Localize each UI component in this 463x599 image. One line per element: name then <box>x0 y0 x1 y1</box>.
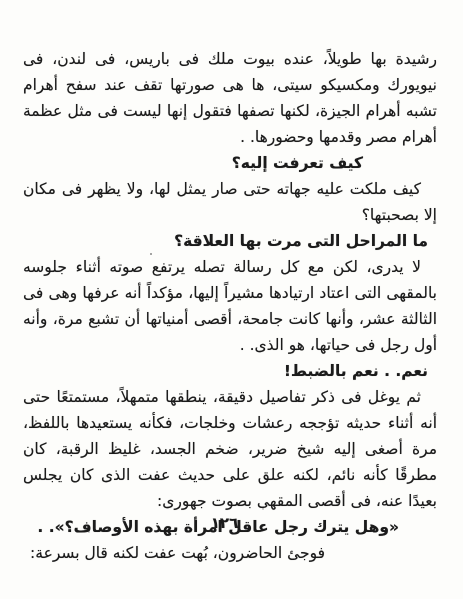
paragraph-narrative: ثم يوغل فى ذكر تفاصيل دقيقة، ينطقها متمه… <box>23 384 437 514</box>
paragraph-question-continued: كيف ملكت عليه جهاته حتى صار يمثل لها، ول… <box>23 176 437 228</box>
paragraph-opening: رشيدة بها طويلاً، عنده بيوت ملك فى باريس… <box>23 46 437 150</box>
scan-speck <box>150 253 152 255</box>
scan-speck <box>88 531 90 533</box>
scan-speck <box>262 507 264 510</box>
page-number: ١٢٦ <box>0 514 449 532</box>
book-page: رشيدة بها طويلاً، عنده بيوت ملك فى باريس… <box>0 0 463 599</box>
page-text-block: رشيدة بها طويلاً، عنده بيوت ملك فى باريس… <box>23 46 437 566</box>
paragraph-answer: لا يدرى، لكن مع كل رسالة تصله يرتفع صوته… <box>23 254 437 358</box>
scan-speck <box>113 190 115 192</box>
paragraph-closing: فوجئ الحاضرون، بُهت عفت لكنه قال بسرعة: <box>23 540 325 566</box>
interview-question-1: كيف تعرفت إليه؟ <box>23 150 363 176</box>
exclamation-line: نعم. . نعم بالضبط! <box>23 358 428 384</box>
interview-question-2: ما المراحل التى مرت بها العلاقة؟ <box>23 228 428 254</box>
scan-speck <box>60 475 62 477</box>
